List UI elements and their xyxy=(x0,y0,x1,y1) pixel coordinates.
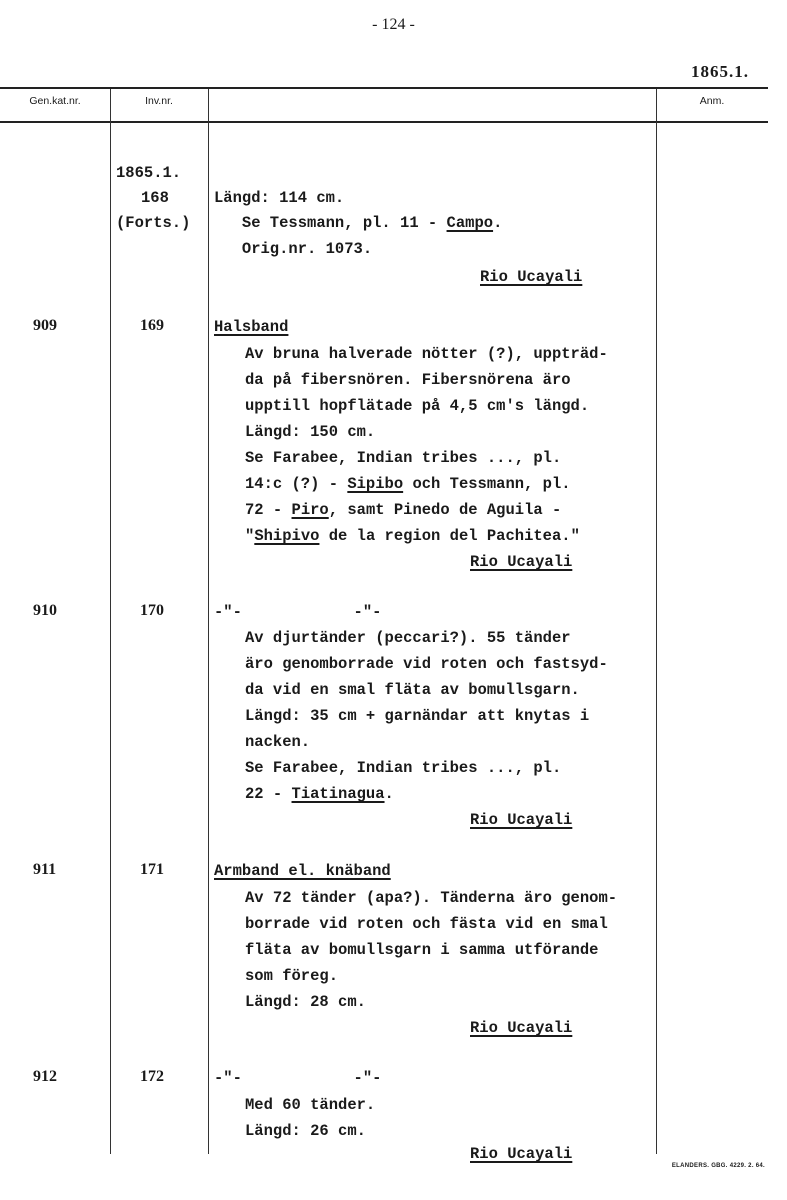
inv-nr: 170 xyxy=(140,602,164,620)
location: Rio Ucayali xyxy=(480,268,582,286)
gen-kat-nr: 910 xyxy=(33,602,57,620)
item-title: Halsband xyxy=(214,318,288,336)
description-line: Av djurtänder (peccari?). 55 tänder xyxy=(245,629,571,647)
description-line: som föreg. xyxy=(245,967,338,985)
inv-nr: 169 xyxy=(140,317,164,335)
ditto-title: -"- -"- xyxy=(214,603,381,621)
column-divider-2 xyxy=(208,89,209,1154)
ditto-title: -"- -"- xyxy=(214,1069,381,1087)
location: Rio Ucayali xyxy=(470,553,572,571)
item-title: Armband el. knäband xyxy=(214,862,391,880)
reference-term: Campo xyxy=(447,214,494,232)
description-line: Längd: 114 cm. xyxy=(214,189,344,207)
description-line: 22 - Tiatinagua. xyxy=(245,785,394,803)
header-gen-kat-nr: Gen.kat.nr. xyxy=(0,95,110,107)
header-bottom-rule xyxy=(0,121,768,123)
description-line: Längd: 150 cm. xyxy=(245,423,375,441)
description-line: Med 60 tänder. xyxy=(245,1096,375,1114)
gen-kat-nr: 911 xyxy=(33,861,56,879)
description-line: Längd: 35 cm + garnändar att knytas i xyxy=(245,707,589,725)
description-line: fläta av bomullsgarn i samma utförande xyxy=(245,941,598,959)
description-line: Längd: 26 cm. xyxy=(245,1122,366,1140)
printer-mark: ELANDERS. GBG. 4229. 2. 64. xyxy=(672,1163,765,1169)
description-line: äro genomborrade vid roten och fastsyd- xyxy=(245,655,608,673)
description-line: borrade vid roten och fästa vid en smal xyxy=(245,915,608,933)
header-top-rule xyxy=(0,87,768,89)
description-line: Orig.nr. 1073. xyxy=(214,240,372,258)
description-line: Av 72 tänder (apa?). Tänderna äro genom- xyxy=(245,889,617,907)
inv-nr-line: 168 xyxy=(141,189,169,207)
description-line: da på fibersnören. Fibersnörena äro xyxy=(245,371,571,389)
inv-nr: 172 xyxy=(140,1068,164,1086)
reference-term: Sipibo xyxy=(347,475,403,493)
description-line: Av bruna halverade nötter (?), uppträd- xyxy=(245,345,608,363)
description-line: da vid en smal fläta av bomullsgarn. xyxy=(245,681,580,699)
gen-kat-nr: 909 xyxy=(33,317,57,335)
reference-term: Tiatinagua xyxy=(292,785,385,803)
location: Rio Ucayali xyxy=(470,1145,572,1163)
description-line: Se Tessmann, pl. 11 - Campo. xyxy=(214,214,502,232)
location: Rio Ucayali xyxy=(470,1019,572,1037)
inv-nr-line: 1865.1. xyxy=(116,164,181,182)
description-line: 72 - Piro, samt Pinedo de Aguila - xyxy=(245,501,561,519)
location: Rio Ucayali xyxy=(470,811,572,829)
inv-nr-line: (Forts.) xyxy=(116,214,190,232)
description-line: 14:c (?) - Sipibo och Tessmann, pl. xyxy=(245,475,571,493)
header-inv-nr: Inv.nr. xyxy=(110,95,208,107)
description-line: nacken. xyxy=(245,733,310,751)
page-number: - 124 - xyxy=(0,16,787,34)
inv-nr: 171 xyxy=(140,861,164,879)
reference-term: Piro xyxy=(292,501,329,519)
description-line: Se Farabee, Indian tribes ..., pl. xyxy=(245,449,561,467)
description-line: upptill hopflätade på 4,5 cm's längd. xyxy=(245,397,589,415)
description-line: Längd: 28 cm. xyxy=(245,993,366,1011)
catalog-id: 1865.1. xyxy=(691,62,749,82)
header-anm: Anm. xyxy=(656,95,768,107)
description-line: "Shipivo de la region del Pachitea." xyxy=(245,527,580,545)
gen-kat-nr: 912 xyxy=(33,1068,57,1086)
description-line: Se Farabee, Indian tribes ..., pl. xyxy=(245,759,561,777)
reference-term: Shipivo xyxy=(254,527,319,545)
column-divider-1 xyxy=(110,89,111,1154)
column-divider-3 xyxy=(656,89,657,1154)
